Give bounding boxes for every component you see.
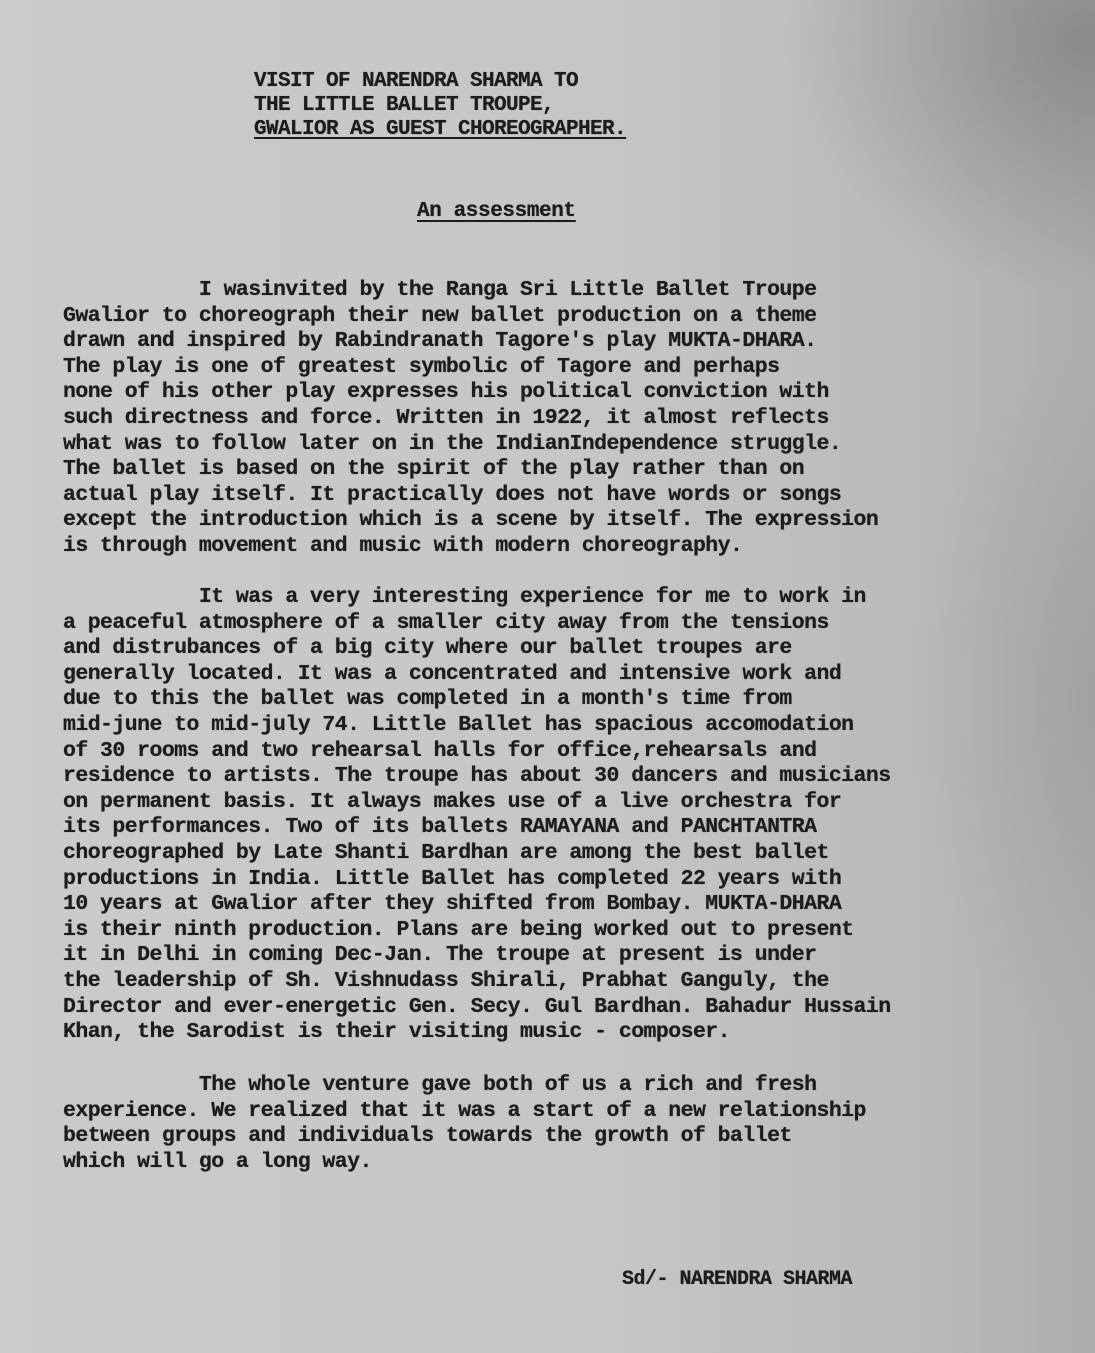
text-line: choreographed by Late Shanti Bardhan are… [63,841,891,867]
title-line-1: VISIT OF NARENDRA SHARMA TO [254,70,626,94]
text-line: The play is one of greatest symbolic of … [63,355,878,381]
title-line-2: THE LITTLE BALLET TROUPE, [254,94,626,118]
text-line: is their ninth production. Plans are bei… [63,918,891,944]
text-line: is through movement and music with moder… [63,534,878,560]
text-line: generally located. It was a concentrated… [63,662,891,688]
text-line: residence to artists. The troupe has abo… [63,764,891,790]
text-line: which will go a long way. [63,1150,866,1176]
title-line-3: GWALIOR AS GUEST CHOREOGRAPHER. [254,118,626,142]
text-line: the leadership of Sh. Vishnudass Shirali… [63,969,891,995]
paragraph-3: The whole venture gave both of us a rich… [63,1073,866,1175]
paragraph-2: It was a very interesting experience for… [63,585,891,1046]
text-line: due to this the ballet was completed in … [63,687,891,713]
text-line: what was to follow later on in the India… [63,432,878,458]
text-line: it in Delhi in coming Dec-Jan. The troup… [63,943,891,969]
typewritten-document-page: VISIT OF NARENDRA SHARMA TO THE LITTLE B… [0,0,1095,1353]
text-line: Gwalior to choreograph their new ballet … [63,304,878,330]
text-line: 10 years at Gwalior after they shifted f… [63,892,891,918]
text-line: mid-june to mid-july 74. Little Ballet h… [63,713,891,739]
text-line: of 30 rooms and two rehearsal halls for … [63,739,891,765]
text-line: and distrubances of a big city where our… [63,636,891,662]
document-title: VISIT OF NARENDRA SHARMA TO THE LITTLE B… [254,70,626,142]
paragraph-1: I wasinvited by the Ranga Sri Little Bal… [63,278,878,560]
text-line: I wasinvited by the Ranga Sri Little Bal… [63,278,878,304]
text-line: its performances. Two of its ballets RAM… [63,815,891,841]
text-line: on permanent basis. It always makes use … [63,790,891,816]
text-line: between groups and individuals towards t… [63,1124,866,1150]
text-line: a peaceful atmosphere of a smaller city … [63,611,891,637]
text-line: experience. We realized that it was a st… [63,1099,866,1125]
text-line: drawn and inspired by Rabindranath Tagor… [63,329,878,355]
text-line: The ballet is based on the spirit of the… [63,457,878,483]
text-line: It was a very interesting experience for… [63,585,891,611]
text-line: except the introduction which is a scene… [63,508,878,534]
document-subtitle: An assessment [417,200,576,223]
text-line: none of his other play expresses his pol… [63,380,878,406]
signature: Sd/- NARENDRA SHARMA [622,1268,852,1291]
text-line: Khan, the Sarodist is their visiting mus… [63,1020,891,1046]
text-line: The whole venture gave both of us a rich… [63,1073,866,1099]
text-line: such directness and force. Written in 19… [63,406,878,432]
text-line: productions in India. Little Ballet has … [63,867,891,893]
text-line: Director and ever-energetic Gen. Secy. G… [63,995,891,1021]
text-line: actual play itself. It practically does … [63,483,878,509]
